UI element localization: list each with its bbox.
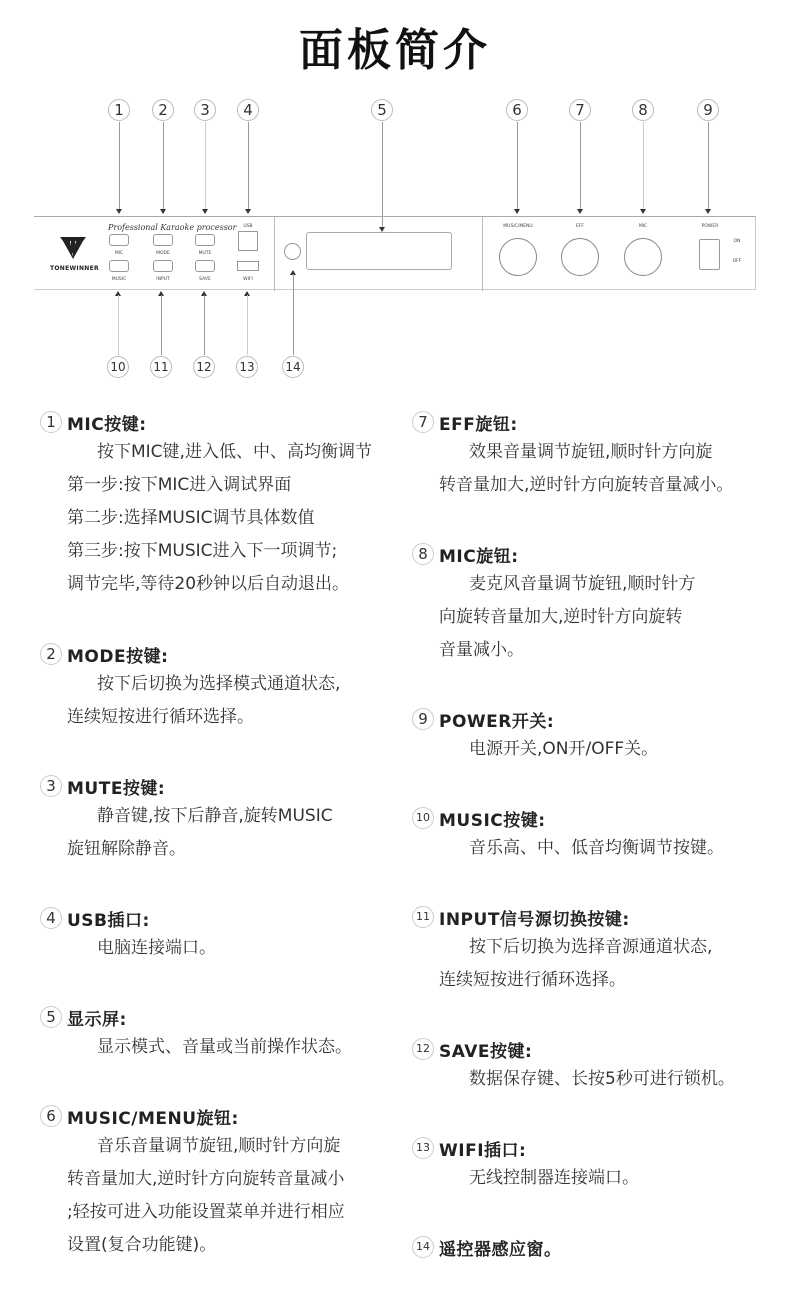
item-title: EFF旋钮: (439, 410, 518, 435)
leader-line (708, 122, 709, 212)
description-line: 转音量加大,逆时针方向旋转音量减小。 (439, 469, 782, 502)
item-number-badge: 7 (412, 411, 434, 433)
description-line: 按下后切换为选择模式通道状态, (67, 668, 420, 701)
item-title: MUTE按键: (67, 774, 165, 799)
description-heading: 2MODE按键: (40, 640, 420, 668)
callout-4: 4 (237, 99, 259, 121)
power-switch[interactable] (699, 239, 720, 270)
description-item: 14遥控器感应窗。 (412, 1233, 782, 1261)
description-item: 11INPUT信号源切换按键:按下后切换为选择音源通道状态,连续短按进行循环选择… (412, 903, 782, 997)
wifi-port[interactable] (237, 261, 259, 271)
description-line: 连续短按进行循环选择。 (439, 964, 782, 997)
music-button[interactable] (109, 260, 129, 272)
item-title: USB插口: (67, 906, 150, 931)
brand-name: TONEWINNER (50, 265, 96, 272)
item-number-badge: 8 (412, 543, 434, 565)
item-title: MUSIC/MENU旋钮: (67, 1104, 239, 1129)
item-description: 静音键,按下后静音,旋转MUSIC旋钮解除静音。 (40, 800, 420, 866)
mode-button-label: MODE (148, 251, 178, 256)
item-number-badge: 1 (40, 411, 62, 433)
panel-divider (274, 217, 275, 291)
item-description: 电源开关,ON开/OFF关。 (412, 733, 782, 766)
description-line: 设置(复合功能键)。 (67, 1229, 420, 1262)
leader-line (517, 122, 518, 212)
input-button-label: INPUT (148, 277, 178, 282)
callout-8: 8 (632, 99, 654, 121)
device-front-panel: TONEWINNER Professional Karaoke processo… (34, 216, 756, 290)
item-number-badge: 6 (40, 1105, 62, 1127)
leader-line (118, 295, 119, 355)
description-heading: 12SAVE按键: (412, 1035, 782, 1063)
page-title: 面板简介 (0, 14, 790, 78)
item-description: 无线控制器连接端口。 (412, 1162, 782, 1195)
description-line: 第一步:按下MIC进入调试界面 (67, 469, 420, 502)
panel-divider (482, 217, 483, 291)
item-title: SAVE按键: (439, 1037, 532, 1062)
arrow-down-icon (705, 209, 711, 214)
eff-knob[interactable] (561, 238, 599, 276)
description-heading: 13WIFI插口: (412, 1134, 782, 1162)
description-item: 13WIFI插口:无线控制器连接端口。 (412, 1134, 782, 1195)
description-line: 按下后切换为选择音源通道状态, (439, 931, 782, 964)
item-number-badge: 14 (412, 1236, 434, 1258)
leader-line (204, 295, 205, 355)
callout-13: 13 (236, 356, 258, 378)
arrow-down-icon (245, 209, 251, 214)
description-item: 8MIC旋钮:麦克风音量调节旋钮,顺时针方向旋转音量加大,逆时针方向旋转音量减小… (412, 540, 782, 667)
item-description: 麦克风音量调节旋钮,顺时针方向旋转音量加大,逆时针方向旋转音量减小。 (412, 568, 782, 667)
power-on-label: ON (722, 239, 752, 244)
arrow-down-icon (160, 209, 166, 214)
item-description: 按下后切换为选择模式通道状态,连续短按进行循环选择。 (40, 668, 420, 734)
leader-line (163, 122, 164, 212)
description-item: 4USB插口:电脑连接端口。 (40, 904, 420, 965)
leader-line (119, 122, 120, 212)
mic-button-label: MIC (104, 251, 134, 256)
item-description: 电脑连接端口。 (40, 932, 420, 965)
item-title: 显示屏: (67, 1005, 127, 1030)
power-off-label: OFF (722, 259, 752, 264)
description-line: 旋钮解除静音。 (67, 833, 420, 866)
usb-port[interactable] (238, 231, 258, 251)
item-number-badge: 12 (412, 1038, 434, 1060)
description-item: 9POWER开关:电源开关,ON开/OFF关。 (412, 705, 782, 766)
item-description: 显示模式、音量或当前操作状态。 (40, 1031, 420, 1064)
music-menu-knob-label: MUSIC/MENU (502, 224, 534, 229)
leader-line (205, 122, 206, 212)
arrow-down-icon (577, 209, 583, 214)
usb-label: USB (233, 224, 263, 229)
description-line: 电脑连接端口。 (67, 932, 420, 965)
callout-11: 11 (150, 356, 172, 378)
input-button[interactable] (153, 260, 173, 272)
item-title: MODE按键: (67, 642, 168, 667)
mute-button[interactable] (195, 234, 215, 246)
description-heading: 4USB插口: (40, 904, 420, 932)
description-line: 显示模式、音量或当前操作状态。 (67, 1031, 420, 1064)
description-line: 转音量加大,逆时针方向旋转音量减小 (67, 1163, 420, 1196)
item-description: 按下MIC键,进入低、中、高均衡调节第一步:按下MIC进入调试界面第二步:选择M… (40, 436, 420, 601)
mic-knob-label: MIC (628, 224, 658, 229)
description-line: 调节完毕,等待20秒钟以后自动退出。 (67, 568, 420, 601)
callout-2: 2 (152, 99, 174, 121)
description-line: 麦克风音量调节旋钮,顺时针方 (439, 568, 782, 601)
mic-knob[interactable] (624, 238, 662, 276)
callout-9: 9 (697, 99, 719, 121)
description-line: 电源开关,ON开/OFF关。 (439, 733, 782, 766)
callout-10: 10 (107, 356, 129, 378)
callout-14: 14 (282, 356, 304, 378)
description-heading: 1MIC按键: (40, 408, 420, 436)
leader-line (247, 295, 248, 355)
description-heading: 5显示屏: (40, 1003, 420, 1031)
mic-button[interactable] (109, 234, 129, 246)
mute-button-label: MUTE (190, 251, 220, 256)
front-panel-diagram: 1 2 3 4 5 6 7 8 9 TONEWINNER Professi (0, 90, 790, 390)
item-title: 遥控器感应窗。 (439, 1235, 562, 1260)
item-title: WIFI插口: (439, 1136, 526, 1161)
display-screen (306, 232, 452, 270)
description-line: 音乐高、中、低音均衡调节按键。 (439, 832, 782, 865)
description-heading: 7EFF旋钮: (412, 408, 782, 436)
arrow-down-icon (116, 209, 122, 214)
description-item: 5显示屏:显示模式、音量或当前操作状态。 (40, 1003, 420, 1064)
save-button[interactable] (195, 260, 215, 272)
description-item: 7EFF旋钮:效果音量调节旋钮,顺时针方向旋转音量加大,逆时针方向旋转音量减小。 (412, 408, 782, 502)
description-item: 2MODE按键:按下后切换为选择模式通道状态,连续短按进行循环选择。 (40, 640, 420, 734)
description-line: 第三步:按下MUSIC进入下一项调节; (67, 535, 420, 568)
description-heading: 8MIC旋钮: (412, 540, 782, 568)
description-line: 静音键,按下后静音,旋转MUSIC (67, 800, 420, 833)
power-label: POWER (695, 224, 725, 229)
tonewinner-logo-icon (60, 237, 86, 259)
leader-line (293, 274, 294, 355)
callout-6: 6 (506, 99, 528, 121)
description-line: 数据保存键、长按5秒可进行锁机。 (439, 1063, 782, 1096)
description-item: 1MIC按键:按下MIC键,进入低、中、高均衡调节第一步:按下MIC进入调试界面… (40, 408, 420, 601)
item-number-badge: 5 (40, 1006, 62, 1028)
item-description: 数据保存键、长按5秒可进行锁机。 (412, 1063, 782, 1096)
item-number-badge: 9 (412, 708, 434, 730)
description-line: 第二步:选择MUSIC调节具体数值 (67, 502, 420, 535)
leader-line (161, 295, 162, 355)
callout-3: 3 (194, 99, 216, 121)
mode-button[interactable] (153, 234, 173, 246)
brand-logo: TONEWINNER (50, 237, 96, 277)
arrow-down-icon (514, 209, 520, 214)
item-description: 效果音量调节旋钮,顺时针方向旋转音量加大,逆时针方向旋转音量减小。 (412, 436, 782, 502)
leader-line (580, 122, 581, 212)
callout-7: 7 (569, 99, 591, 121)
item-number-badge: 4 (40, 907, 62, 929)
description-line: 无线控制器连接端口。 (439, 1162, 782, 1195)
description-heading: 14遥控器感应窗。 (412, 1233, 782, 1261)
item-number-badge: 11 (412, 906, 434, 928)
description-item: 6MUSIC/MENU旋钮:音乐音量调节旋钮,顺时针方向旋转音量加大,逆时针方向… (40, 1102, 420, 1262)
description-line: 音量减小。 (439, 634, 782, 667)
description-item: 3MUTE按键:静音键,按下后静音,旋转MUSIC旋钮解除静音。 (40, 772, 420, 866)
ir-sensor-window (284, 243, 301, 260)
description-heading: 11INPUT信号源切换按键: (412, 903, 782, 931)
arrow-down-icon (640, 209, 646, 214)
description-line: 向旋转音量加大,逆时针方向旋转 (439, 601, 782, 634)
save-button-label: SAVE (190, 277, 220, 282)
item-number-badge: 13 (412, 1137, 434, 1159)
item-title: MIC旋钮: (439, 542, 519, 567)
description-item: 10MUSIC按键:音乐高、中、低音均衡调节按键。 (412, 804, 782, 865)
leader-line (382, 122, 383, 230)
item-title: MIC按键: (67, 410, 147, 435)
callout-1: 1 (108, 99, 130, 121)
item-description: 按下后切换为选择音源通道状态,连续短按进行循环选择。 (412, 931, 782, 997)
item-description: 音乐音量调节旋钮,顺时针方向旋转音量加大,逆时针方向旋转音量减小;轻按可进入功能… (40, 1130, 420, 1262)
description-heading: 9POWER开关: (412, 705, 782, 733)
product-tagline: Professional Karaoke processor (108, 223, 236, 232)
item-number-badge: 10 (412, 807, 434, 829)
description-heading: 10MUSIC按键: (412, 804, 782, 832)
wifi-label: WIFI (233, 277, 263, 282)
item-title: POWER开关: (439, 707, 554, 732)
description-line: ;轻按可进入功能设置菜单并进行相应 (67, 1196, 420, 1229)
eff-knob-label: EFF (565, 224, 595, 229)
item-number-badge: 2 (40, 643, 62, 665)
item-title: INPUT信号源切换按键: (439, 905, 630, 930)
callout-12: 12 (193, 356, 215, 378)
description-heading: 3MUTE按键: (40, 772, 420, 800)
description-line: 音乐音量调节旋钮,顺时针方向旋 (67, 1130, 420, 1163)
arrow-down-icon (202, 209, 208, 214)
description-line: 效果音量调节旋钮,顺时针方向旋 (439, 436, 782, 469)
music-menu-knob[interactable] (499, 238, 537, 276)
callout-5: 5 (371, 99, 393, 121)
description-item: 12SAVE按键:数据保存键、长按5秒可进行锁机。 (412, 1035, 782, 1096)
leader-line (248, 122, 249, 212)
item-number-badge: 3 (40, 775, 62, 797)
item-title: MUSIC按键: (439, 806, 546, 831)
item-description: 音乐高、中、低音均衡调节按键。 (412, 832, 782, 865)
leader-line (643, 122, 644, 212)
description-line: 按下MIC键,进入低、中、高均衡调节 (67, 436, 420, 469)
music-button-label: MUSIC (104, 277, 134, 282)
description-heading: 6MUSIC/MENU旋钮: (40, 1102, 420, 1130)
description-line: 连续短按进行循环选择。 (67, 701, 420, 734)
